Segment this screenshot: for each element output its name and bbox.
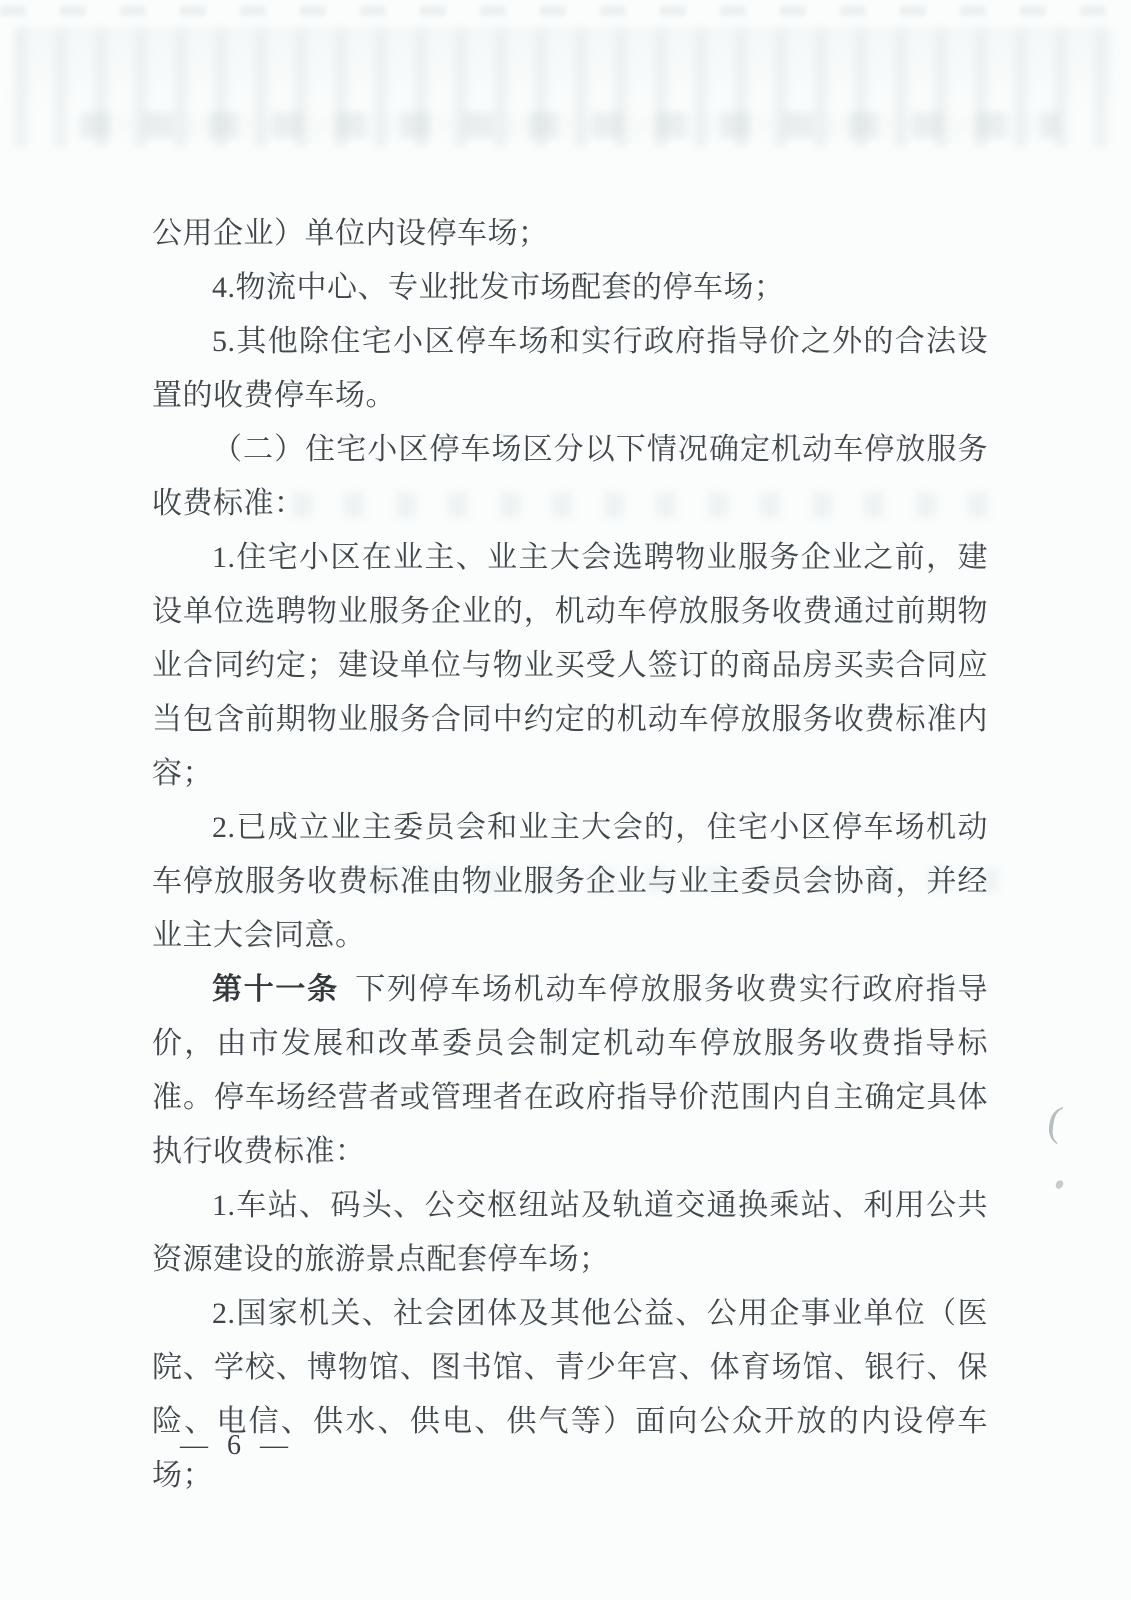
- stray-dot-mark: [1054, 1179, 1065, 1190]
- paragraph: 第十一条下列停车场机动车停放服务收费实行政府指导价，由市发展和改革委员会制定机动…: [152, 963, 988, 1179]
- paragraph-text: 公用企业）单位内设停车场；: [152, 217, 549, 250]
- article-number: 第十一条: [212, 973, 339, 1006]
- paragraph: 公用企业）单位内设停车场；: [152, 207, 988, 261]
- page-number: — 6 —: [180, 1430, 294, 1462]
- stray-paren-mark: (: [1044, 1097, 1065, 1147]
- paragraph-text: 4.物流中心、专业批发市场配套的停车场；: [212, 271, 785, 304]
- paragraph-text: 2.国家机关、社会团体及其他公益、公用企事业单位（医院、学校、博物馆、图书馆、青…: [152, 1297, 988, 1492]
- paragraph: 4.物流中心、专业批发市场配套的停车场；: [152, 261, 988, 315]
- paragraph: （二）住宅小区停车场区分以下情况确定机动车停放服务收费标准：: [152, 423, 988, 531]
- document-body: 公用企业）单位内设停车场； 4.物流中心、专业批发市场配套的停车场； 5.其他除…: [152, 207, 988, 1503]
- paragraph-text: 1.住宅小区在业主、业主大会选聘物业服务企业之前，建设单位选聘物业服务企业的，机…: [152, 541, 988, 790]
- scan-noise-top-blob: [14, 28, 1114, 148]
- paragraph-text: 5.其他除住宅小区停车场和实行政府指导价之外的合法设置的收费停车场。: [152, 325, 988, 412]
- paragraph-text: （二）住宅小区停车场区分以下情况确定机动车停放服务收费标准：: [152, 433, 988, 520]
- paragraph: 1.车站、码头、公交枢纽站及轨道交通换乘站、利用公共资源建设的旅游景点配套停车场…: [152, 1179, 988, 1287]
- paragraph: 2.已成立业主委员会和业主大会的，住宅小区停车场机动车停放服务收费标准由物业服务…: [152, 801, 988, 963]
- scan-noise-top-line: [0, 6, 1131, 16]
- paragraph-text: 1.车站、码头、公交枢纽站及轨道交通换乘站、利用公共资源建设的旅游景点配套停车场…: [152, 1189, 988, 1276]
- scanned-document-page: 公用企业）单位内设停车场； 4.物流中心、专业批发市场配套的停车场； 5.其他除…: [0, 0, 1131, 1600]
- paragraph: 1.住宅小区在业主、业主大会选聘物业服务企业之前，建设单位选聘物业服务企业的，机…: [152, 531, 988, 801]
- paragraph: 2.国家机关、社会团体及其他公益、公用企事业单位（医院、学校、博物馆、图书馆、青…: [152, 1287, 988, 1503]
- paragraph-text: 2.已成立业主委员会和业主大会的，住宅小区停车场机动车停放服务收费标准由物业服务…: [152, 811, 988, 952]
- scan-noise-top-band: [80, 112, 1060, 138]
- paragraph: 5.其他除住宅小区停车场和实行政府指导价之外的合法设置的收费停车场。: [152, 315, 988, 423]
